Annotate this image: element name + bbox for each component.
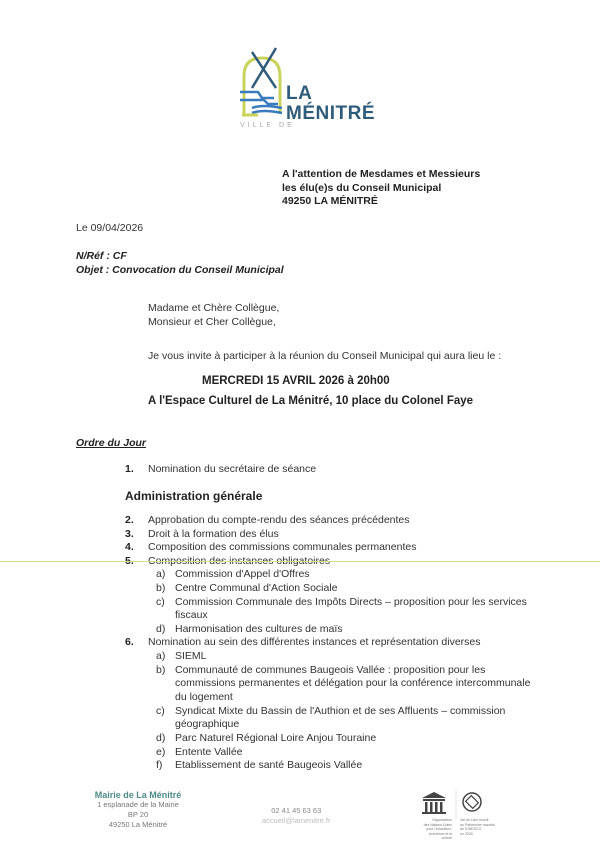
subitem-text: fiscaux: [175, 609, 545, 623]
subitem-letter: b): [156, 664, 165, 678]
subitem-text: Entente Vallée: [175, 746, 545, 760]
unesco-caption: Organisation des Nations Unies pour l'éd…: [420, 818, 452, 841]
meeting-date: MERCREDI 15 AVRIL 2026 à 20h00: [202, 375, 390, 387]
subitem-letter: b): [156, 582, 165, 596]
invitation-text: Je vous invite à participer à la réunion…: [148, 350, 501, 362]
subitem-text: Syndicat Mixte du Bassin de l'Authion et…: [175, 705, 545, 719]
subitem-text: Parc Naturel Régional Loire Anjou Tourai…: [175, 732, 545, 746]
agenda-item-text: Droit à la formation des élus: [148, 528, 548, 542]
subitem-letter: d): [156, 732, 165, 746]
agenda-title: Ordre du Jour: [76, 437, 146, 449]
subitem-text: commissions permanentes et délégation po…: [175, 677, 565, 691]
subitem-letter: c): [156, 705, 165, 719]
subitem-letter: a): [156, 650, 165, 664]
agenda-item-number: 4.: [125, 541, 134, 555]
agenda-item-number: 2.: [125, 514, 134, 528]
footer-address-line: BP 20: [88, 810, 188, 820]
footer-address-line: 49250 La Ménitré: [88, 820, 188, 830]
agenda-item-text: Composition des commissions communales p…: [148, 541, 548, 555]
agenda-item-number: 3.: [125, 528, 134, 542]
section-heading: Administration générale: [125, 489, 262, 503]
subject: Objet : Convocation du Conseil Municipal: [76, 264, 284, 278]
subitem-text: Etablissement de santé Baugeois Vallée: [175, 759, 545, 773]
windmill-arch-icon: [238, 44, 288, 124]
subitem-letter: c): [156, 596, 165, 610]
reference: N/Réf : CF: [76, 250, 284, 264]
agenda-item-number: 6.: [125, 636, 134, 650]
meeting-location: A l'Espace Culturel de La Ménitré, 10 pl…: [148, 395, 473, 407]
recipient-line: A l'attention de Mesdames et Messieurs: [282, 168, 480, 182]
subitem-text: Harmonisation des cultures de maïs: [175, 623, 545, 637]
footer-address: Mairie de La Ménitré 1 esplanade de la M…: [88, 790, 188, 830]
footer-mairie-title: Mairie de La Ménitré: [88, 790, 188, 800]
caption-line: la science et la culture: [420, 832, 452, 841]
footer-contact: 02 41 45 63 63 accueil@lamenitre.fr: [262, 806, 330, 826]
recipient-line: les élu(e)s du Conseil Municipal: [282, 182, 480, 196]
unesco-temple-icon: [420, 790, 550, 820]
subitem-text: Communauté de communes Baugeois Vallée :…: [175, 664, 545, 678]
logo-line-2: MÉNITRÉ: [286, 104, 375, 124]
scan-line-artifact: [0, 561, 600, 562]
recipient-block: A l'attention de Mesdames et Messieurs l…: [282, 168, 480, 209]
caption-line: en 2000: [460, 832, 520, 837]
footer-address-line: 1 esplanade de la Mairie: [88, 800, 188, 810]
subitem-text: Centre Communal d'Action Sociale: [175, 582, 545, 596]
reference-block: N/Réf : CF Objet : Convocation du Consei…: [76, 250, 284, 277]
town-logo: LA MÉNITRÉ VILLE DE: [238, 44, 368, 136]
subitem-letter: d): [156, 623, 165, 637]
greeting-line: Madame et Chère Collègue,: [148, 302, 279, 316]
logo-tagline: VILLE DE: [240, 122, 295, 129]
agenda-item-text: Nomination du secrétaire de séance: [148, 463, 548, 477]
agenda-item-text: Nomination au sein des différentes insta…: [148, 636, 548, 650]
world-heritage-caption: Val de Loire inscrit au Patrimoine mondi…: [460, 818, 520, 836]
subitem-letter: a): [156, 568, 165, 582]
subitem-text: Commission Communale des Impôts Directs …: [175, 596, 545, 610]
footer-email[interactable]: accueil@lamenitre.fr: [262, 816, 330, 826]
greeting-line: Monsieur et Cher Collègue,: [148, 316, 279, 330]
subitem-text: géographique: [175, 718, 545, 732]
letter-date: Le 09/04/2026: [76, 222, 143, 234]
subitem-text: SIEML: [175, 650, 545, 664]
unesco-logos: Organisation des Nations Unies pour l'éd…: [420, 790, 550, 830]
recipient-line: 49250 LA MÉNITRÉ: [282, 195, 480, 209]
greeting: Madame et Chère Collègue, Monsieur et Ch…: [148, 302, 279, 329]
footer-phone: 02 41 45 63 63: [262, 806, 330, 816]
agenda-item-text: Approbation du compte-rendu des séances …: [148, 514, 548, 528]
agenda-item-number: 1.: [125, 463, 134, 477]
logo-line-1: LA: [286, 84, 312, 104]
subitem-text: du logement: [175, 691, 545, 705]
subitem-letter: e): [156, 746, 165, 760]
subitem-letter: f): [156, 759, 162, 773]
subitem-text: Commission d'Appel d'Offres: [175, 568, 545, 582]
